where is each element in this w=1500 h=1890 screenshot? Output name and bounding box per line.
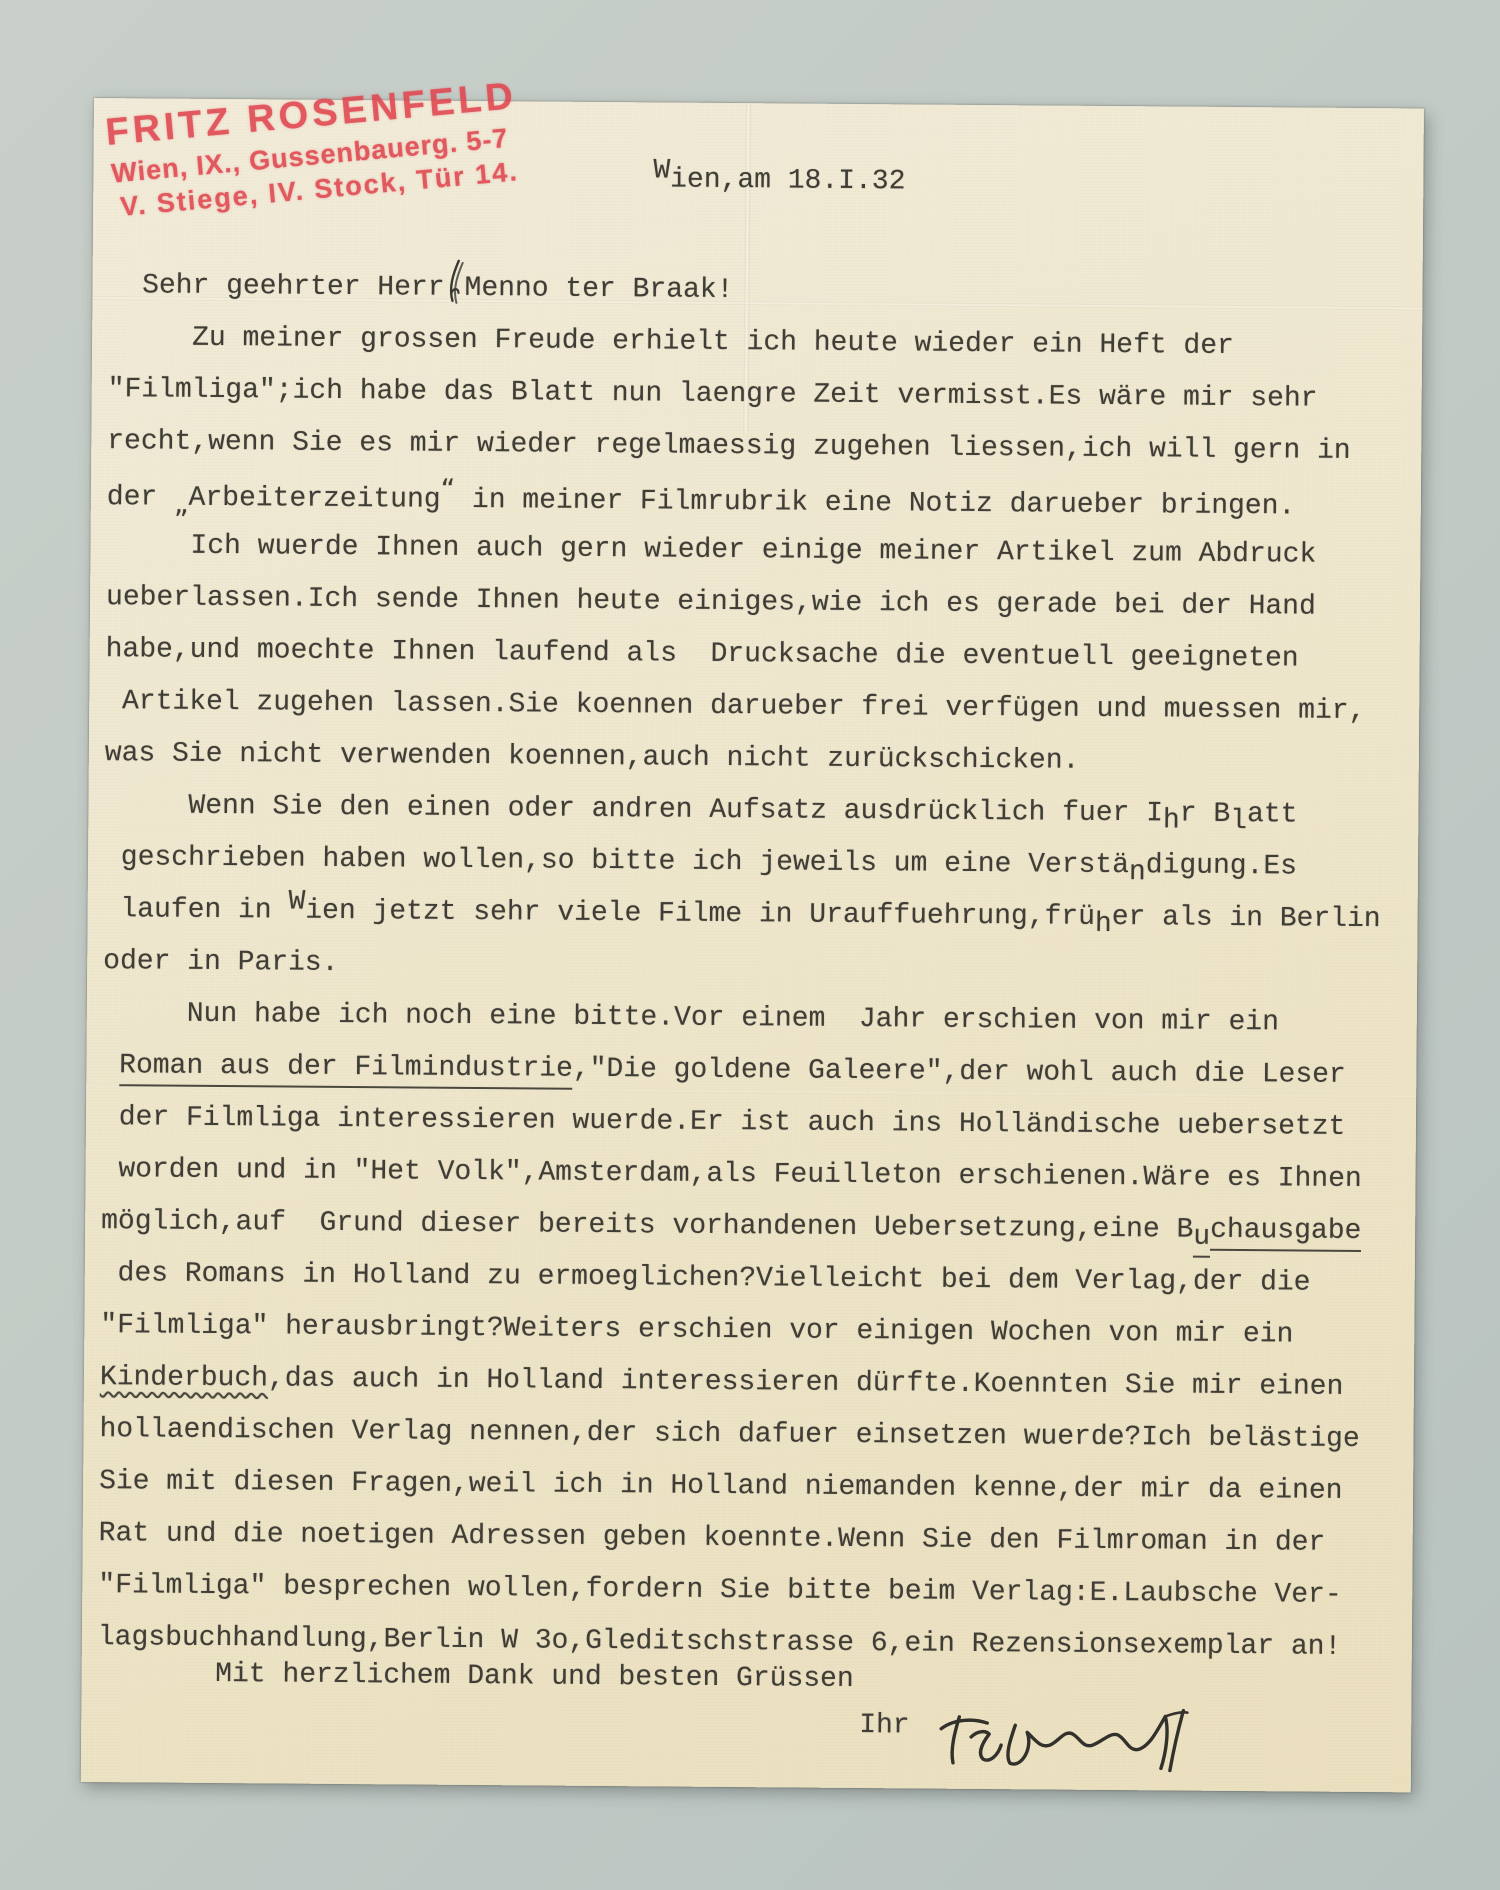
signature-fritz-rosenfeld xyxy=(937,1703,1208,1787)
letter-body: Zu meiner grossen Freude erhielt ich heu… xyxy=(98,322,1401,1684)
salutation-before: Sehr geehrter Herr xyxy=(142,270,445,303)
salutation: Sehr geehrter HerrMenno ter Braak! xyxy=(108,256,1400,318)
date-raised-letter: W xyxy=(653,155,670,186)
address-stamp: FRITZ ROSENFELD Wien, IX., Gussenbauerg.… xyxy=(104,75,525,224)
date-text: ien,am 18.I.32 xyxy=(670,165,905,198)
scanned-letter-photo: { "document_type": "typewritten letter (… xyxy=(0,0,1500,1890)
closing-ihr: Ihr xyxy=(859,1710,910,1741)
letter-paper: FRITZ ROSENFELD Wien, IX., Gussenbauerg.… xyxy=(81,98,1424,1792)
thanks-text: Mit herzlichem Dank und besten Grüssen xyxy=(215,1659,854,1695)
letter-text: Sehr geehrter HerrMenno ter Braak! Zu me… xyxy=(97,256,1401,1804)
salutation-after: Menno ter Braak! xyxy=(464,273,733,306)
date-line: Wien,am 18.I.32 xyxy=(653,164,905,197)
closing-line: Ihr xyxy=(97,1704,1390,1804)
handwritten-insertion-mark-icon xyxy=(442,259,466,307)
